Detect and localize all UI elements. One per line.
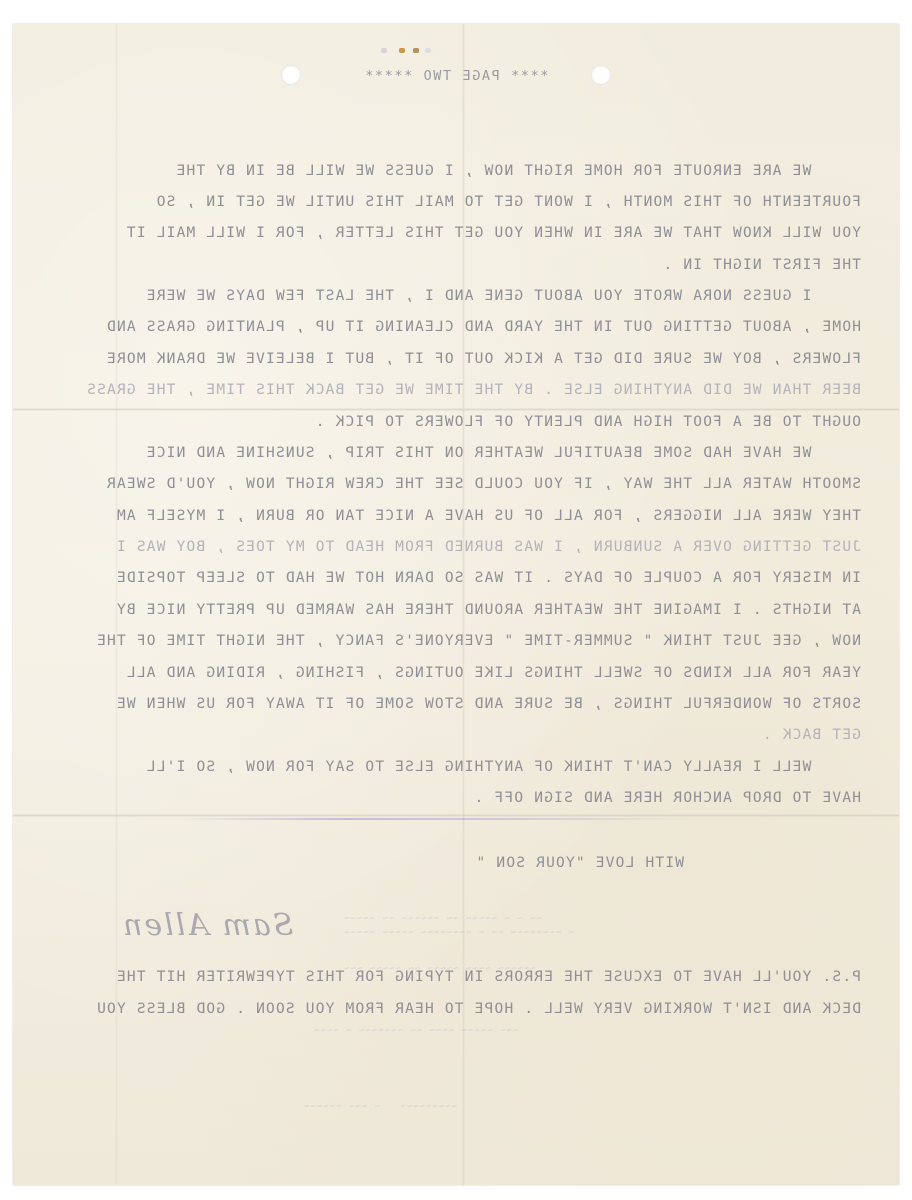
letter-line: HOME , ABOUT GETTING OUT IN THE YARD AND… (106, 320, 861, 335)
postscript-line: DECK AND ISN'T WORKING VERY WELL . HOPE … (96, 1002, 861, 1017)
letter-line: THE FIRST NIGHT IN . (662, 258, 861, 273)
letter-line: NOW , GEE JUST THINK " SUMMER-TIME " EVE… (96, 634, 861, 649)
letter-line: YEAR FOR ALL KINDS OF SWELL THINGS LIKE … (126, 666, 861, 681)
letter-line: BEER THAN WE DID ANYTHING ELSE . BY THE … (86, 383, 861, 398)
letter-closing: WITH LOVE "YOUR SON " (475, 856, 684, 871)
letter-line: WE HAVE HAD SOME BEAUTIFUL WEATHER ON TH… (146, 446, 861, 461)
letter-line: WELL I REALLY CAN'T THINK OF ANYTHING EL… (146, 760, 861, 775)
letter-line: HAVE TO DROP ANCHOR HERE AND SIGN OFF . (473, 791, 861, 806)
bleed-through-text: ~ ~~~~~~~~ ~~ ~ ~~~~~~~~ ~~~~~ ~~~~~ (343, 928, 574, 938)
mirrored-letter-body: **** PAGE TWO ***** WE ARE ENROUTE FOR H… (13, 24, 899, 1185)
letter-line: AT NIGHTS . I IMAGINE THE WEATHER AROUND… (116, 603, 861, 618)
letter-line: SORTS OF WONDERFUL THINGS , BE SURE AND … (116, 697, 861, 712)
letter-line: OUGHT TO BE A FOOT HIGH AND PLENTY OF FL… (315, 415, 862, 430)
letter-line: FOURTEENTH OF THIS MONTH , I WONT GET TO… (156, 195, 861, 210)
page-header: **** PAGE TWO ***** (13, 68, 899, 84)
bleed-through-text: ~~~~~~~~~ ~ ~~~ ~~~~~~ (303, 1102, 457, 1112)
letter-line: YOU WILL KNOW THAT WE ARE IN WHEN YOU GE… (126, 226, 861, 241)
letter-line: JUST GETTING OVER A SUNBURN , I WAS BURN… (116, 540, 861, 555)
bleed-through-text: ~~ ~ ~ ~~~~~ ~~ ~~~~~~ ~~ ~~~~~ (343, 914, 542, 924)
letter-line: IN MISERY FOR A COUPLE OF DAYS . IT WAS … (116, 571, 861, 586)
letter-page: **** PAGE TWO ***** WE ARE ENROUTE FOR H… (13, 24, 899, 1185)
handwritten-signature: Sam Allen (121, 908, 293, 943)
letter-line: THEY WERE ALL NIGGERS , FOR ALL OF US HA… (116, 509, 861, 524)
letter-line: WE ARE ENROUTE FOR HOME RIGHT NOW , I GU… (175, 164, 861, 179)
bleed-through-text: ~~~~~~ ~~~~ ~~~~~ ~~ ~~~~~ ~~~ (343, 964, 536, 974)
bleed-through-text: ~~~ ~~~~~ ~~~~ ~~ ~~~~~~~ ~ ~~~~ (313, 1026, 518, 1036)
letter-line: FLOWERS , BOY WE SURE DID GET A KICK OUT… (106, 352, 861, 367)
letter-line: SMOOTH WATER ALL THE WAY , IF YOU COULD … (106, 477, 861, 492)
letter-line: I GUESS NORA WROTE YOU ABOUT GENE AND I … (146, 289, 861, 304)
letter-line: GET BACK . (762, 728, 861, 743)
